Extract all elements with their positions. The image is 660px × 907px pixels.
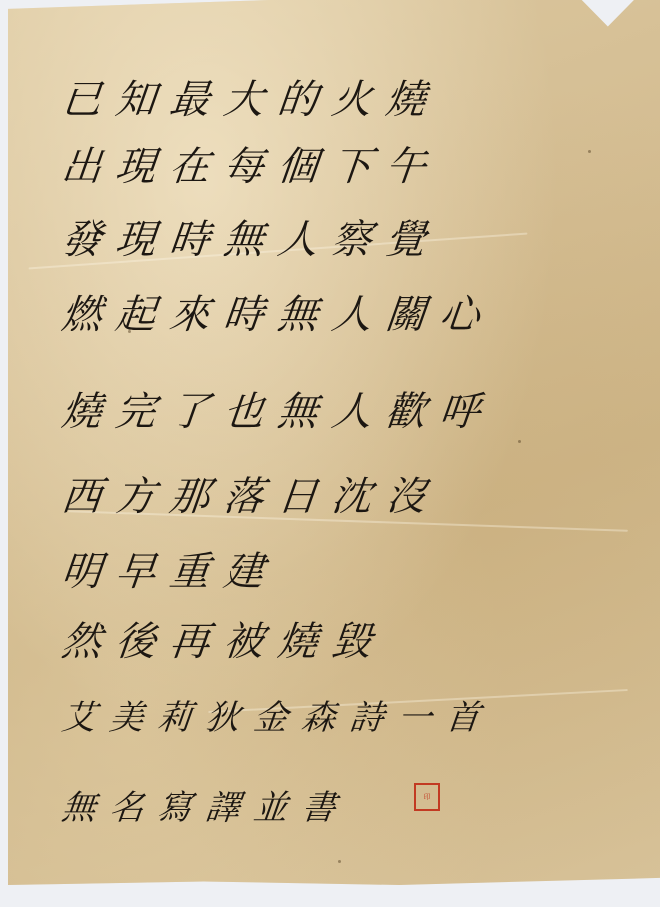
inscription-source: 艾美莉狄金森詩一首 (59, 690, 496, 739)
paper-fleck (518, 440, 521, 443)
paper-fleck (338, 860, 341, 863)
poem-line-8: 然後再被燒毀 (59, 610, 389, 667)
poem-line-6: 西方那落日沈沒 (59, 465, 443, 522)
paper-fleck (588, 150, 591, 153)
poem-line-3: 發現時無人察覺 (59, 208, 443, 265)
rice-paper (8, 0, 660, 885)
seal-text: 印 (424, 793, 431, 801)
poem-line-7: 明早重建 (59, 540, 281, 597)
poem-line-4: 燃起來時無人關心 (59, 283, 497, 340)
poem-line-2: 出現在每個下午 (59, 135, 443, 192)
inscription-signature: 無名寫譯並書 (59, 780, 352, 829)
poem-line-1: 已知最大的火燒 (59, 68, 443, 125)
red-seal-stamp: 印 (414, 783, 440, 811)
poem-line-5: 燒完了也無人歡呼 (59, 380, 497, 437)
